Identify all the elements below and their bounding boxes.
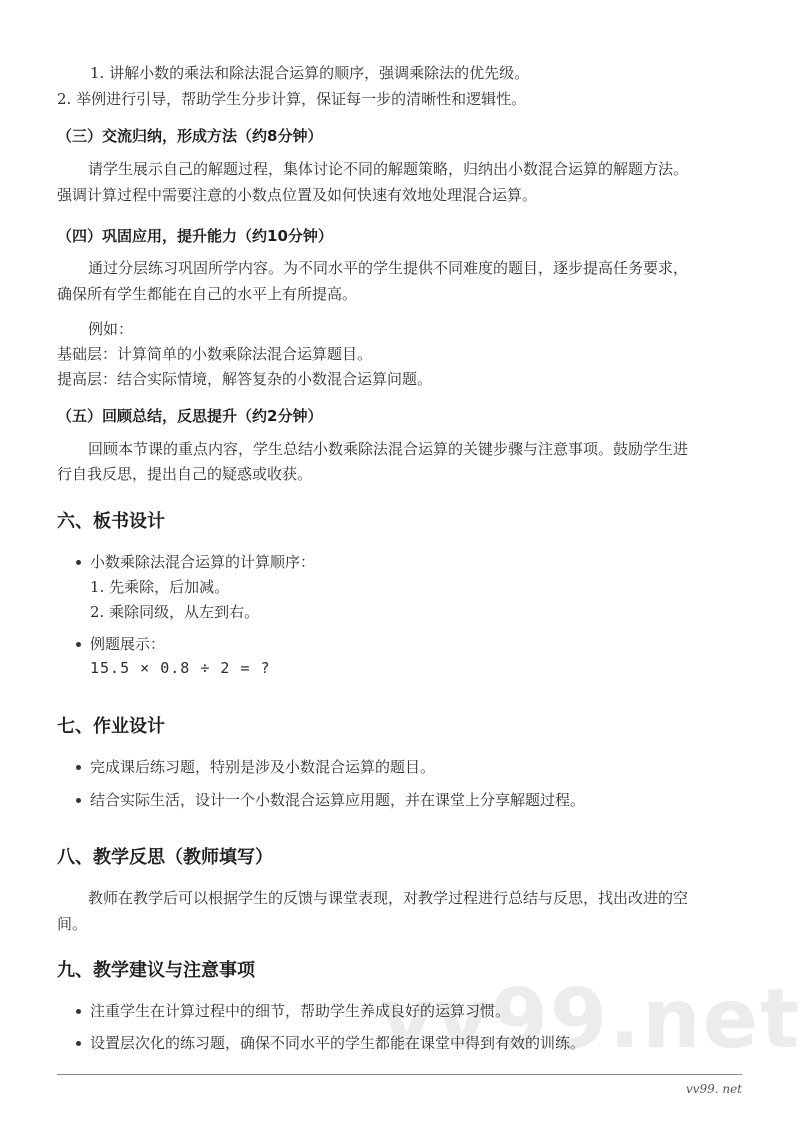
example-label: 例如： xyxy=(88,319,133,339)
footer-divider xyxy=(57,1074,742,1075)
step-three-para-line1: 请学生展示自己的解题过程，集体讨论不同的解题策略，归纳出小数混合运算的解题方法。 xyxy=(88,159,688,179)
bullet-icon xyxy=(76,1041,81,1046)
step-three-heading: （三）交流归纳，形成方法（约8分钟） xyxy=(57,126,322,146)
example-formula: 15.5 × 0.8 ÷ 2 = ? xyxy=(90,658,271,678)
step-five-heading: （五）回顾总结，反思提升（约2分钟） xyxy=(57,406,322,426)
section-nine-bullet-1: 注重学生在计算过程中的细节，帮助学生养成良好的运算习惯。 xyxy=(90,1001,510,1021)
section-six-bullet-2: 例题展示： xyxy=(90,634,165,654)
section-eight-para-line1: 教师在教学后可以根据学生的反馈与课堂表现，对教学过程进行总结与反思，找出改进的空 xyxy=(88,888,688,908)
step-four-para-line2: 确保所有学生都能在自己的水平上有所提高。 xyxy=(57,284,357,304)
bullet-icon xyxy=(76,1009,81,1014)
step-four-heading: （四）巩固应用，提升能力（约10分钟） xyxy=(57,226,333,246)
section-seven-bullet-2: 结合实际生活，设计一个小数混合运算应用题，并在课堂上分享解题过程。 xyxy=(90,790,585,810)
step-two-item-1: 1. 讲解小数的乘法和除法混合运算的顺序，强调乘除法的优先级。 xyxy=(90,63,529,83)
section-seven-heading: 七、作业设计 xyxy=(57,715,165,739)
section-nine-heading: 九、教学建议与注意事项 xyxy=(57,959,255,983)
step-two-item-2: 2. 举例进行引导，帮助学生分步计算，保证每一步的清晰性和逻辑性。 xyxy=(57,89,526,109)
section-eight-heading: 八、教学反思（教师填写） xyxy=(57,846,273,870)
footer-site-link[interactable]: vv99. net xyxy=(686,1082,742,1096)
advanced-level-text: 提高层：结合实际情境，解答复杂的小数混合运算问题。 xyxy=(57,369,432,389)
calc-order-item-2: 2. 乘除同级，从左到右。 xyxy=(90,602,259,622)
step-five-para-line1: 回顾本节课的重点内容，学生总结小数乘除法混合运算的关键步骤与注意事项。鼓励学生进 xyxy=(88,439,688,459)
bullet-icon xyxy=(76,560,81,565)
calc-order-item-1: 1. 先乘除，后加减。 xyxy=(90,577,229,597)
bullet-icon xyxy=(76,798,81,803)
section-nine-bullet-2: 设置层次化的练习题，确保不同水平的学生都能在课堂中得到有效的训练。 xyxy=(90,1033,585,1053)
basic-level-text: 基础层：计算简单的小数乘除法混合运算题目。 xyxy=(57,344,372,364)
section-six-bullet-1: 小数乘除法混合运算的计算顺序： xyxy=(90,552,315,572)
bullet-icon xyxy=(76,765,81,770)
step-three-para-line2: 强调计算过程中需要注意的小数点位置及如何快速有效地处理混合运算。 xyxy=(57,185,537,205)
section-six-heading: 六、板书设计 xyxy=(57,510,165,534)
step-five-para-line2: 行自我反思，提出自己的疑惑或收获。 xyxy=(57,464,312,484)
section-eight-para-line2: 间。 xyxy=(57,914,87,934)
bullet-icon xyxy=(76,642,81,647)
section-seven-bullet-1: 完成课后练习题，特别是涉及小数混合运算的题目。 xyxy=(90,757,435,777)
step-four-para-line1: 通过分层练习巩固所学内容。为不同水平的学生提供不同难度的题目，逐步提高任务要求， xyxy=(88,258,688,278)
